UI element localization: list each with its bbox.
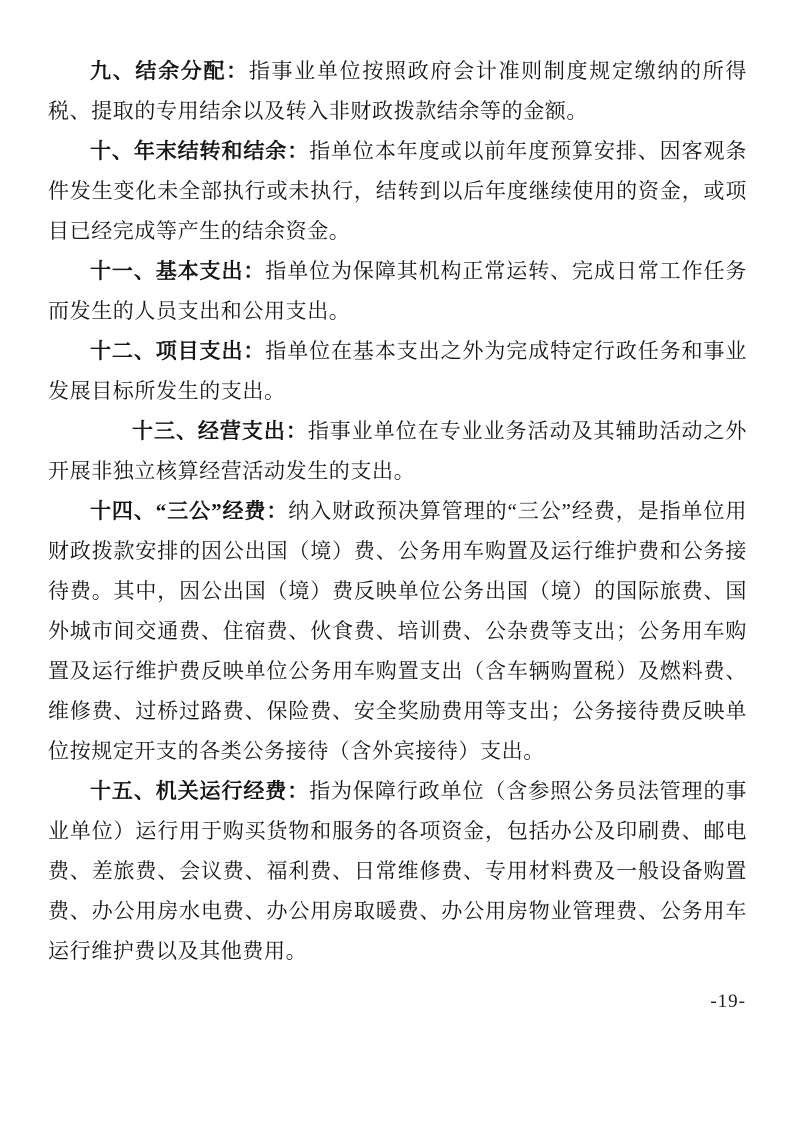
paragraph-text: 纳入财政预决算管理的“三公”经费，是指单位用财政拨款安排的因公出国（境）费、公务… [48, 499, 747, 763]
paragraph-heading: 九、结余分配： [90, 59, 249, 83]
paragraph-operating-expenditure: 十三、经营支出：指事业单位在专业业务活动及其辅助活动之外开展非独立核算经营活动发… [48, 411, 747, 491]
paragraph-basic-expenditure: 十一、基本支出：指单位为保障其机构正常运转、完成日常工作任务而发生的人员支出和公… [48, 251, 747, 331]
document-page: 九、结余分配：指事业单位按照政府会计准则制度规定缴纳的所得税、提取的专用结余以及… [0, 0, 793, 1122]
paragraph-surplus-distribution: 九、结余分配：指事业单位按照政府会计准则制度规定缴纳的所得税、提取的专用结余以及… [48, 51, 747, 131]
paragraph-heading: 十二、项目支出： [90, 339, 265, 363]
document-body: 九、结余分配：指事业单位按照政府会计准则制度规定缴纳的所得税、提取的专用结余以及… [48, 51, 747, 971]
paragraph-heading: 十四、“三公”经费： [90, 499, 288, 523]
paragraph-heading: 十一、基本支出： [90, 259, 265, 283]
paragraph-heading: 十三、经营支出： [132, 419, 308, 443]
paragraph-year-end-carryover: 十、年末结转和结余：指单位本年度或以前年度预算安排、因客观条件发生变化未全部执行… [48, 131, 747, 251]
paragraph-text: 指为保障行政单位（含参照公务员法管理的事业单位）运行用于购买货物和服务的各项资金… [48, 779, 747, 963]
page-number: -19- [710, 991, 746, 1013]
paragraph-heading: 十五、机关运行经费： [90, 779, 309, 803]
paragraph-three-public-funds: 十四、“三公”经费：纳入财政预决算管理的“三公”经费，是指单位用财政拨款安排的因… [48, 491, 747, 771]
paragraph-heading: 十、年末结转和结余： [90, 139, 309, 163]
paragraph-project-expenditure: 十二、项目支出：指单位在基本支出之外为完成特定行政任务和事业发展目标所发生的支出… [48, 331, 747, 411]
paragraph-agency-operating-funds: 十五、机关运行经费：指为保障行政单位（含参照公务员法管理的事业单位）运行用于购买… [48, 771, 747, 971]
